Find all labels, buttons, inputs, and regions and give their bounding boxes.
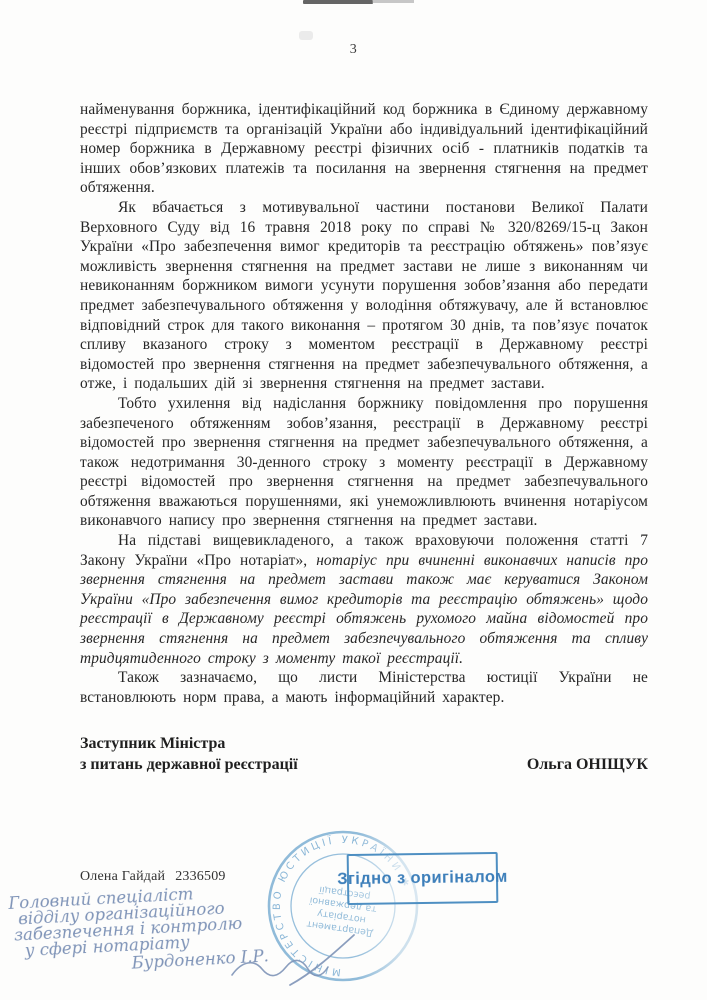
signature-block: Заступник Міністра з питань державної ре… (80, 733, 648, 775)
signatory-position-line1: Заступник Міністра (80, 733, 298, 754)
paragraph-1: найменування боржника, ідентифікаційний … (80, 100, 648, 198)
paragraph-5: Також зазначаємо, що листи Міністерства … (80, 668, 648, 707)
certification-stamp: Згідно з оригіналом (347, 852, 499, 905)
handwritten-signature-flourish (228, 933, 368, 993)
document-body: найменування боржника, ідентифікаційний … (80, 100, 648, 707)
signatory-name: Ольга ОНІЩУК (527, 754, 648, 775)
scan-smudge (299, 31, 313, 40)
paragraph-3: Тобто ухилення від надіслання боржнику п… (80, 394, 648, 531)
scanned-document-page: 3 найменування боржника, ідентифікаційни… (0, 0, 707, 1000)
signatory-position-line2: з питань державної реєстрації (80, 754, 298, 775)
page-number: 3 (0, 42, 707, 58)
scan-artifact-dark (303, 0, 373, 4)
executor-number: 2336509 (175, 869, 225, 884)
paragraph-2: Як вбачається з мотивувальної частини по… (80, 198, 648, 394)
scan-artifact-light (372, 0, 414, 3)
paragraph-4: На підставі вищевикладеного, а також вра… (80, 531, 648, 668)
executor-contact: Олена Гайдай2336509 (80, 869, 226, 885)
executor-name: Олена Гайдай (80, 869, 165, 884)
signatory-position: Заступник Міністра з питань державної ре… (80, 733, 298, 775)
